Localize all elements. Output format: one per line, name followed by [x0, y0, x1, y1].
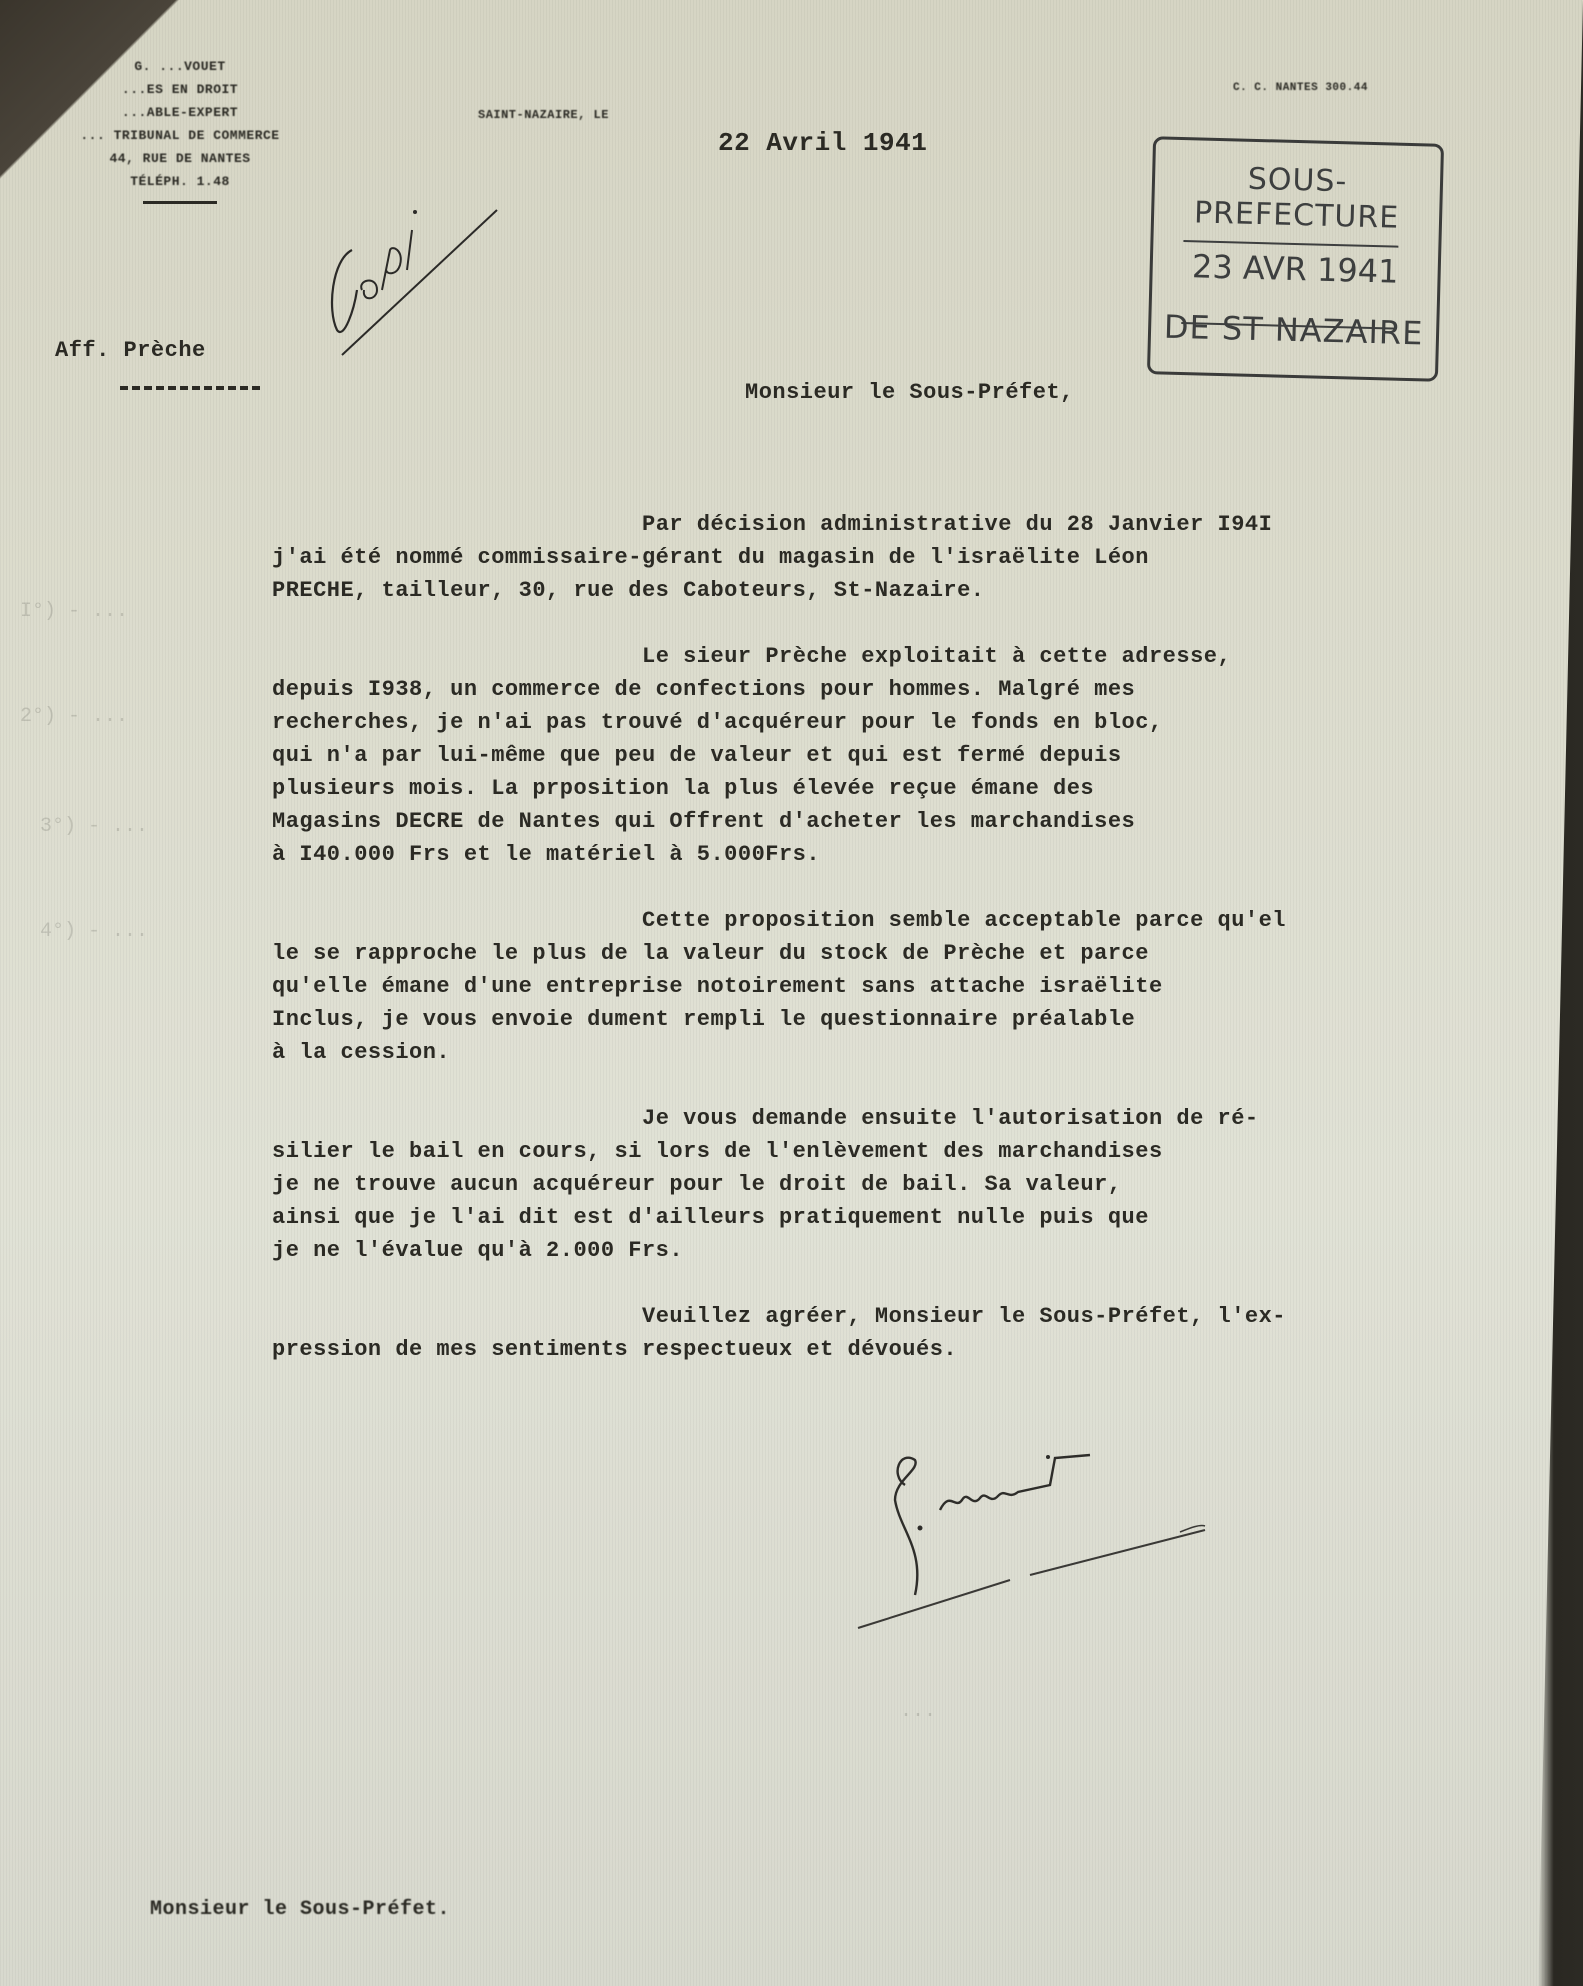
- text-line: ainsi que je l'ai dit est d'ailleurs pra…: [272, 1201, 1572, 1234]
- letterhead-line: 44, RUE DE NANTES: [40, 147, 320, 170]
- text-line: Le sieur Prèche exploitait à cette adres…: [272, 640, 1572, 673]
- bleed-through-text: 4°) - ...: [40, 920, 148, 943]
- addressee-footer: Monsieur le Sous-Préfet.: [150, 1898, 450, 1921]
- text-line: qu'elle émane d'une entreprise notoireme…: [272, 970, 1572, 1003]
- sous-prefecture-stamp: SOUS-PREFECTURE 23 AVR 1941 DE ST NAZAIR…: [1147, 136, 1444, 382]
- text-line: Je vous demande ensuite l'autorisation d…: [272, 1102, 1572, 1135]
- text-line: Cette proposition semble acceptable parc…: [272, 904, 1572, 937]
- text-line: pression de mes sentiments respectueux e…: [272, 1333, 1572, 1366]
- letter-page: I°) - ... 2°) - ... 3°) - ... 4°) - ... …: [0, 0, 1583, 1986]
- paragraph-business: Le sieur Prèche exploitait à cette adres…: [272, 640, 1572, 871]
- handwritten-copie-annotation: Copie: [322, 190, 602, 360]
- paragraph-closing: Veuillez agréer, Monsieur le Sous-Préfet…: [272, 1300, 1572, 1366]
- text-line: je ne trouve aucun acquéreur pour le dro…: [272, 1168, 1572, 1201]
- text-line: je ne l'évalue qu'à 2.000 Frs.: [272, 1234, 1572, 1267]
- place-label: SAINT-NAZAIRE, LE: [478, 108, 609, 122]
- text-line: recherches, je n'ai pas trouvé d'acquére…: [272, 706, 1572, 739]
- stamp-date: 23 AVR 1941: [1152, 246, 1438, 291]
- stamp-top-text: SOUS-PREFECTURE: [1154, 159, 1441, 236]
- text-line: silier le bail en cours, si lors de l'en…: [272, 1135, 1572, 1168]
- paragraph-lease: Je vous demande ensuite l'autorisation d…: [272, 1102, 1572, 1267]
- text-line: à la cession.: [272, 1036, 1572, 1069]
- letterhead-line: ... TRIBUNAL DE COMMERCE: [40, 124, 320, 147]
- letterhead-line: ...ABLE-EXPERT: [40, 101, 320, 124]
- case-reference-underline: [120, 386, 260, 390]
- text-line: qui n'a par lui-même que peu de valeur e…: [272, 739, 1572, 772]
- bleed-through-text: ...: [900, 1700, 936, 1723]
- bleed-through-text: I°) - ...: [20, 600, 128, 623]
- text-line: Par décision administrative du 28 Janvie…: [272, 508, 1572, 541]
- letterhead-line: G. ...VOUET: [40, 55, 320, 78]
- paragraph-proposition: Cette proposition semble acceptable parc…: [272, 904, 1572, 1069]
- text-line: depuis I938, un commerce de confections …: [272, 673, 1572, 706]
- bleed-through-text: 3°) - ...: [40, 815, 148, 838]
- text-line: plusieurs mois. La prposition la plus él…: [272, 772, 1572, 805]
- text-line: à I40.000 Frs et le matériel à 5.000Frs.: [272, 838, 1572, 871]
- paragraph-appointment: Par décision administrative du 28 Janvie…: [272, 508, 1572, 607]
- text-line: Inclus, je vous envoie dument rempli le …: [272, 1003, 1572, 1036]
- handwritten-signature: signature: [840, 1420, 1380, 1640]
- stamp-bottom-text: DE ST NAZAIRE: [1151, 307, 1437, 352]
- letterhead-line: TÉLÉPH. 1.48: [40, 170, 320, 193]
- letter-body: Par décision administrative du 28 Janvie…: [272, 508, 1572, 1399]
- text-line: Veuillez agréer, Monsieur le Sous-Préfet…: [272, 1300, 1572, 1333]
- text-line: Magasins DECRE de Nantes qui Offrent d'a…: [272, 805, 1572, 838]
- letterhead-line: ...ES EN DROIT: [40, 78, 320, 101]
- letterhead-divider: [143, 201, 217, 204]
- bleed-through-text: 2°) - ...: [20, 705, 128, 728]
- case-reference: Aff. Prèche: [55, 338, 206, 363]
- text-line: j'ai été nommé commissaire-gérant du mag…: [272, 541, 1572, 574]
- letter-date: 22 Avril 1941: [718, 128, 927, 158]
- salutation: Monsieur le Sous-Préfet,: [745, 380, 1074, 405]
- letterhead: G. ...VOUET ...ES EN DROIT ...ABLE-EXPER…: [40, 55, 320, 204]
- text-line: le se rapproche le plus de la valeur du …: [272, 937, 1572, 970]
- registration-reference: C. C. NANTES 300.44: [1233, 82, 1368, 94]
- text-line: PRECHE, tailleur, 30, rue des Caboteurs,…: [272, 574, 1572, 607]
